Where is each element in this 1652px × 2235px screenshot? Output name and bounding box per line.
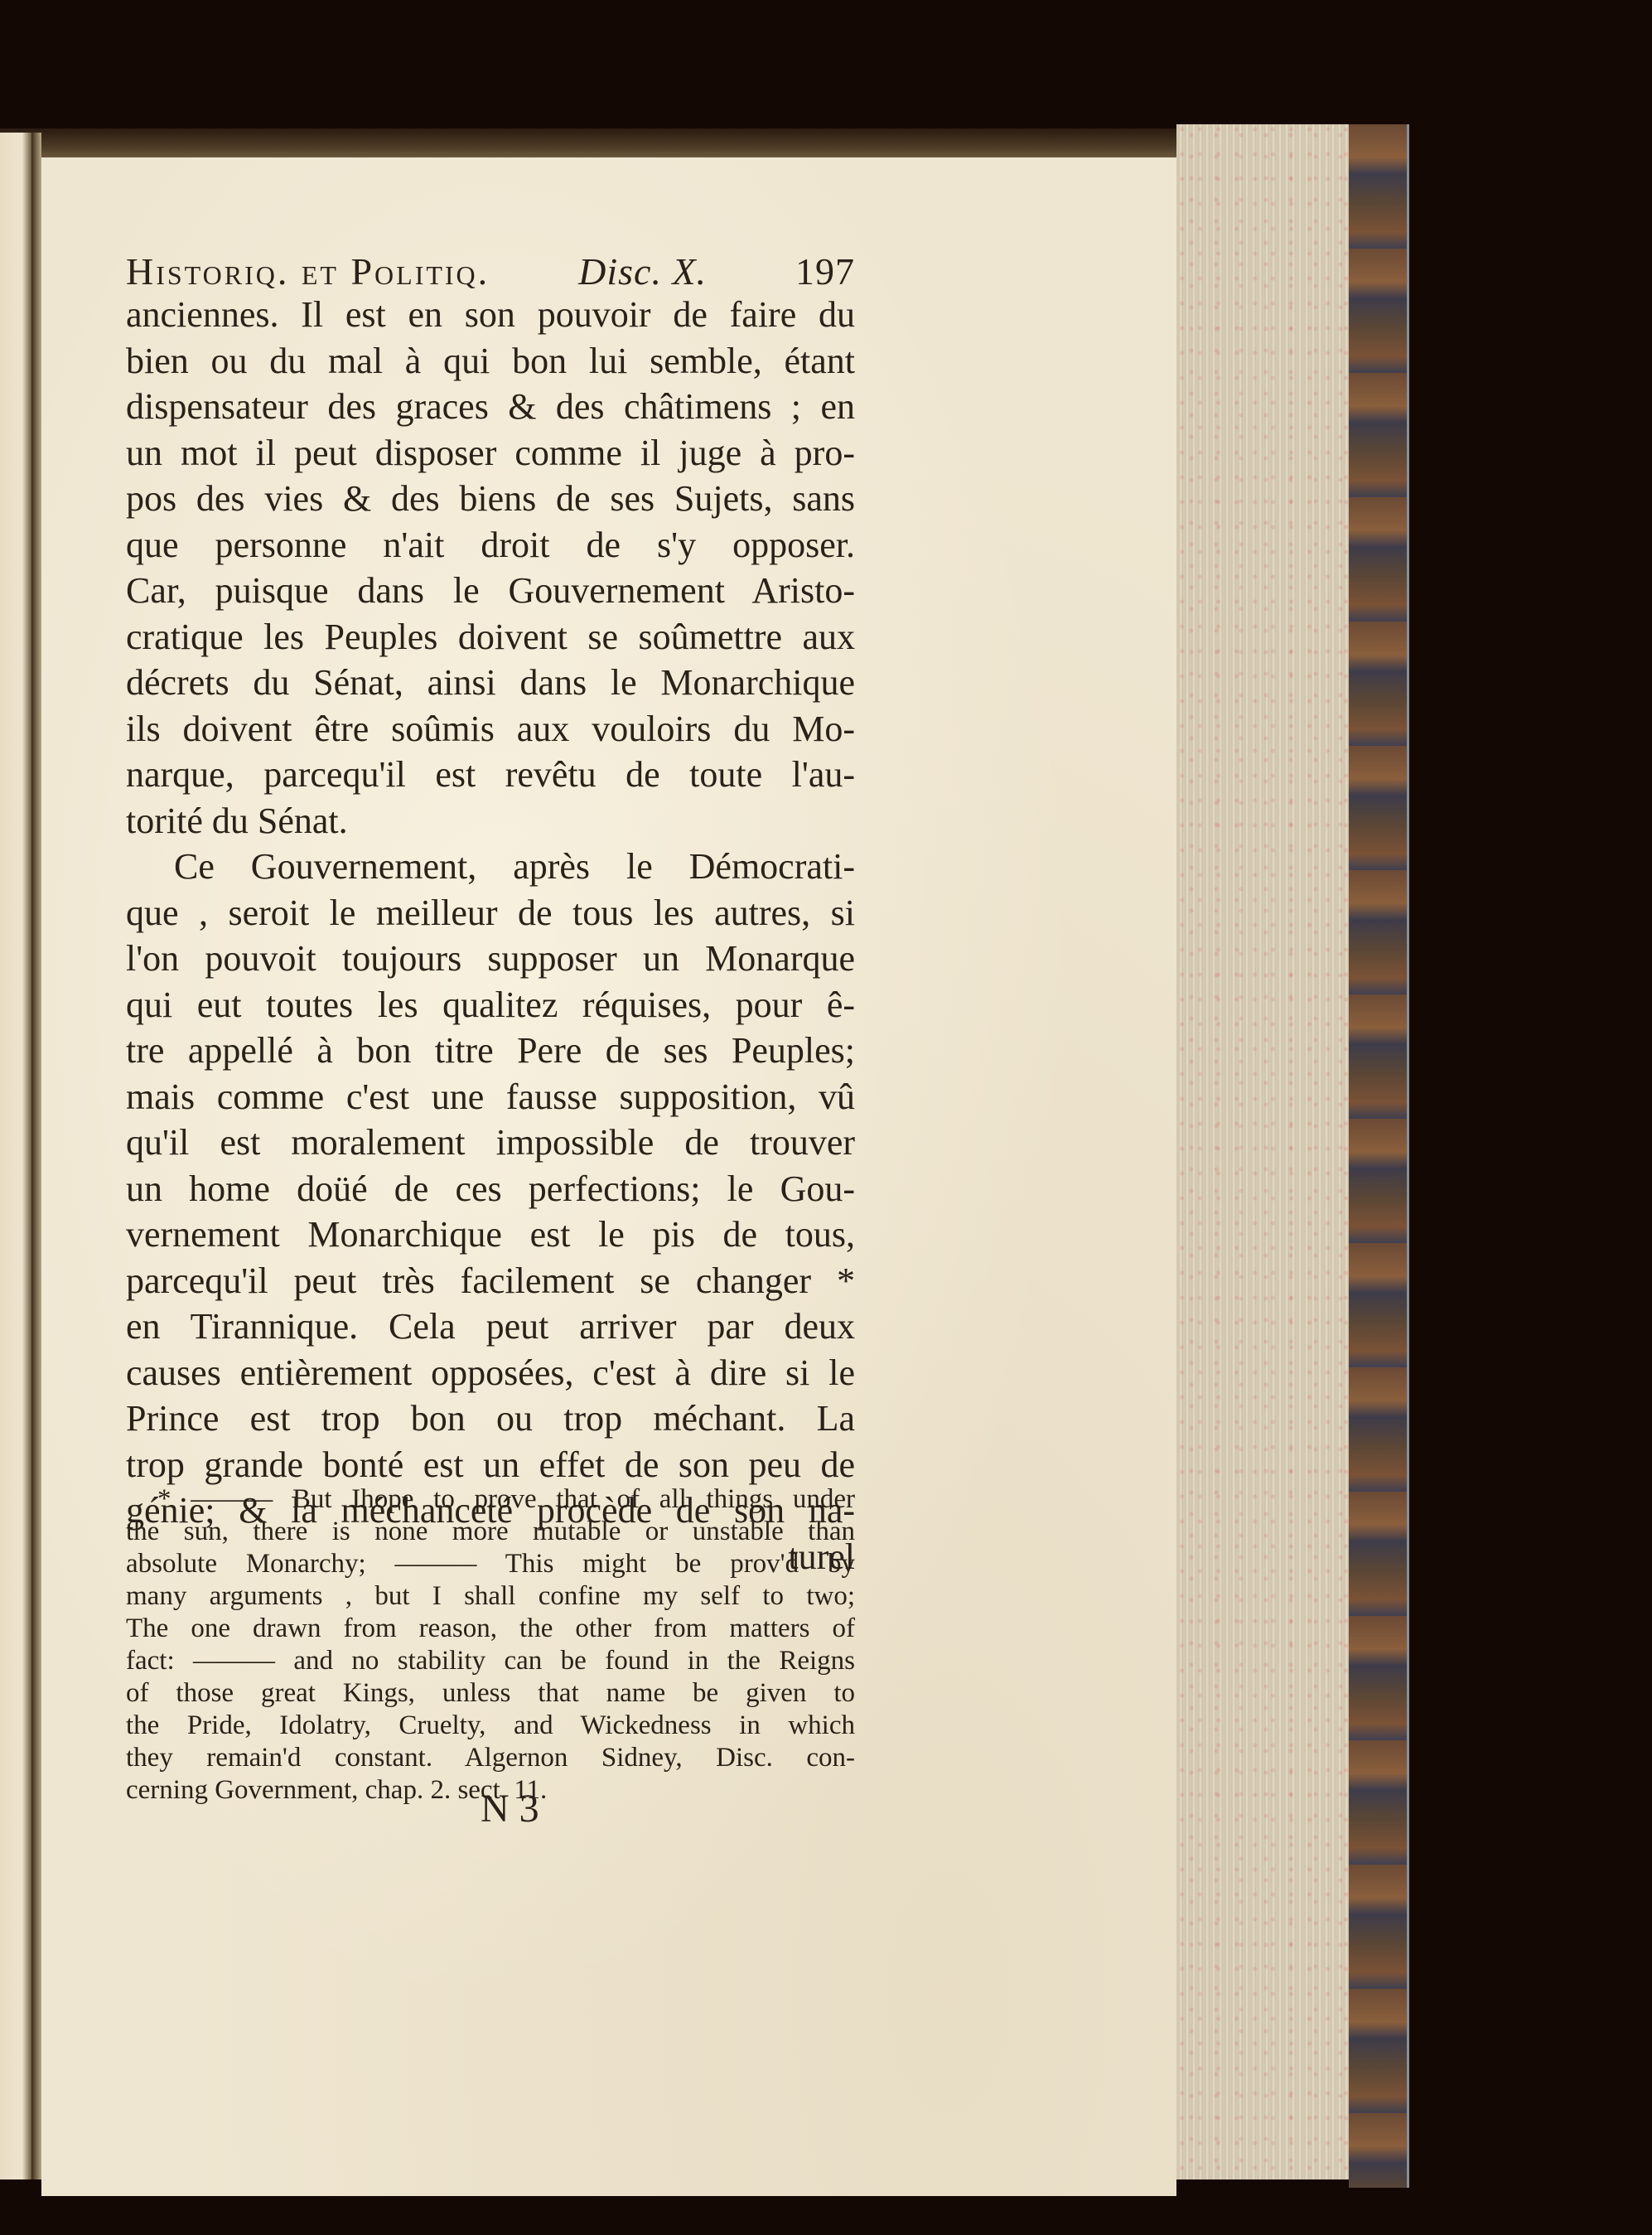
text-line: pos des vies & des biens de ses Sujets, … bbox=[126, 476, 855, 522]
footnote-line: they remain'd constant. Algernon Sidney,… bbox=[126, 1742, 855, 1774]
running-head-discourse: Disc. X. bbox=[578, 249, 707, 295]
text-line: narque, parcequ'il est revêtu de toute l… bbox=[126, 752, 855, 798]
marbled-cover-edge bbox=[1349, 124, 1409, 2188]
signature-mark: N 3 bbox=[481, 1786, 539, 1831]
footnote-line: many arguments , but I shall confine my … bbox=[126, 1580, 855, 1613]
text-line: que , seroit le meilleur de tous les aut… bbox=[126, 890, 855, 936]
footnote-line: of those great Kings, unless that name b… bbox=[126, 1677, 855, 1710]
page-number: 197 bbox=[795, 249, 855, 295]
text-line: dispensateur des graces & des châtimens … bbox=[126, 384, 855, 430]
footnote-line: * ——— But Ihope to prove that of all thi… bbox=[126, 1483, 855, 1516]
text-line: trop grande bonté est un effet de son pe… bbox=[126, 1442, 855, 1488]
text-line: l'on pouvoit toujours supposer un Monarq… bbox=[126, 936, 855, 982]
footnote-line: fact: ——— and no stability can be found … bbox=[126, 1645, 855, 1677]
text-line: torité du Sénat. bbox=[126, 798, 855, 844]
text-line: bien ou du mal à qui bon lui semble, éta… bbox=[126, 338, 855, 385]
footnote-line: the sun, there is none more mutable or u… bbox=[126, 1516, 855, 1548]
facing-page-edge bbox=[0, 133, 31, 2179]
text-line: vernement Monarchique est le pis de tous… bbox=[126, 1212, 855, 1258]
book-top-edge bbox=[0, 128, 1201, 158]
text-line: que personne n'ait droit de s'y opposer. bbox=[126, 522, 855, 568]
text-line: anciennes. Il est en son pouvoir de fair… bbox=[126, 292, 855, 338]
running-head-title: Historiq. et Politiq. bbox=[126, 249, 490, 295]
text-line: décrets du Sénat, ainsi dans le Monarchi… bbox=[126, 660, 855, 706]
text-line: Car, puisque dans le Gouvernement Aristo… bbox=[126, 568, 855, 614]
footnote-line: The one drawn from reason, the other fro… bbox=[126, 1613, 855, 1645]
text-line: tre appellé à bon titre Pere de ses Peup… bbox=[126, 1028, 855, 1074]
text-line: mais comme c'est une fausse supposition,… bbox=[126, 1074, 855, 1120]
gutter bbox=[31, 133, 41, 2179]
text-line: un mot il peut disposer comme il juge à … bbox=[126, 430, 855, 477]
text-line: ils doivent être soûmis aux vouloirs du … bbox=[126, 706, 855, 752]
text-line: Prince est trop bon ou trop méchant. La bbox=[126, 1396, 855, 1442]
text-line: cratique les Peuples doivent se soûmettr… bbox=[126, 614, 855, 660]
footnote: * ——— But Ihope to prove that of all thi… bbox=[126, 1483, 855, 1807]
text-line: qui eut toutes les qualitez réquises, po… bbox=[126, 982, 855, 1028]
page-block-edges bbox=[1176, 124, 1355, 2179]
paragraph-start-line: Ce Gouvernement, après le Démocrati- bbox=[126, 844, 855, 890]
text-line: un home doüé de ces perfections; le Gou- bbox=[126, 1166, 855, 1212]
footnote-line: the Pride, Idolatry, Cruelty, and Wicked… bbox=[126, 1710, 855, 1742]
text-line: parcequ'il peut très facilement se chang… bbox=[126, 1258, 855, 1304]
running-head: Historiq. et Politiq. Disc. X. 197 bbox=[126, 249, 855, 292]
main-text: Historiq. et Politiq. Disc. X. 197 ancie… bbox=[126, 249, 855, 1579]
text-line: en Tirannique. Cela peut arriver par deu… bbox=[126, 1304, 855, 1350]
text-line: causes entièrement opposées, c'est à dir… bbox=[126, 1350, 855, 1396]
footnote-line: absolute Monarchy; ——— This might be pro… bbox=[126, 1548, 855, 1580]
text-line: qu'il est moralement impossible de trouv… bbox=[126, 1120, 855, 1166]
